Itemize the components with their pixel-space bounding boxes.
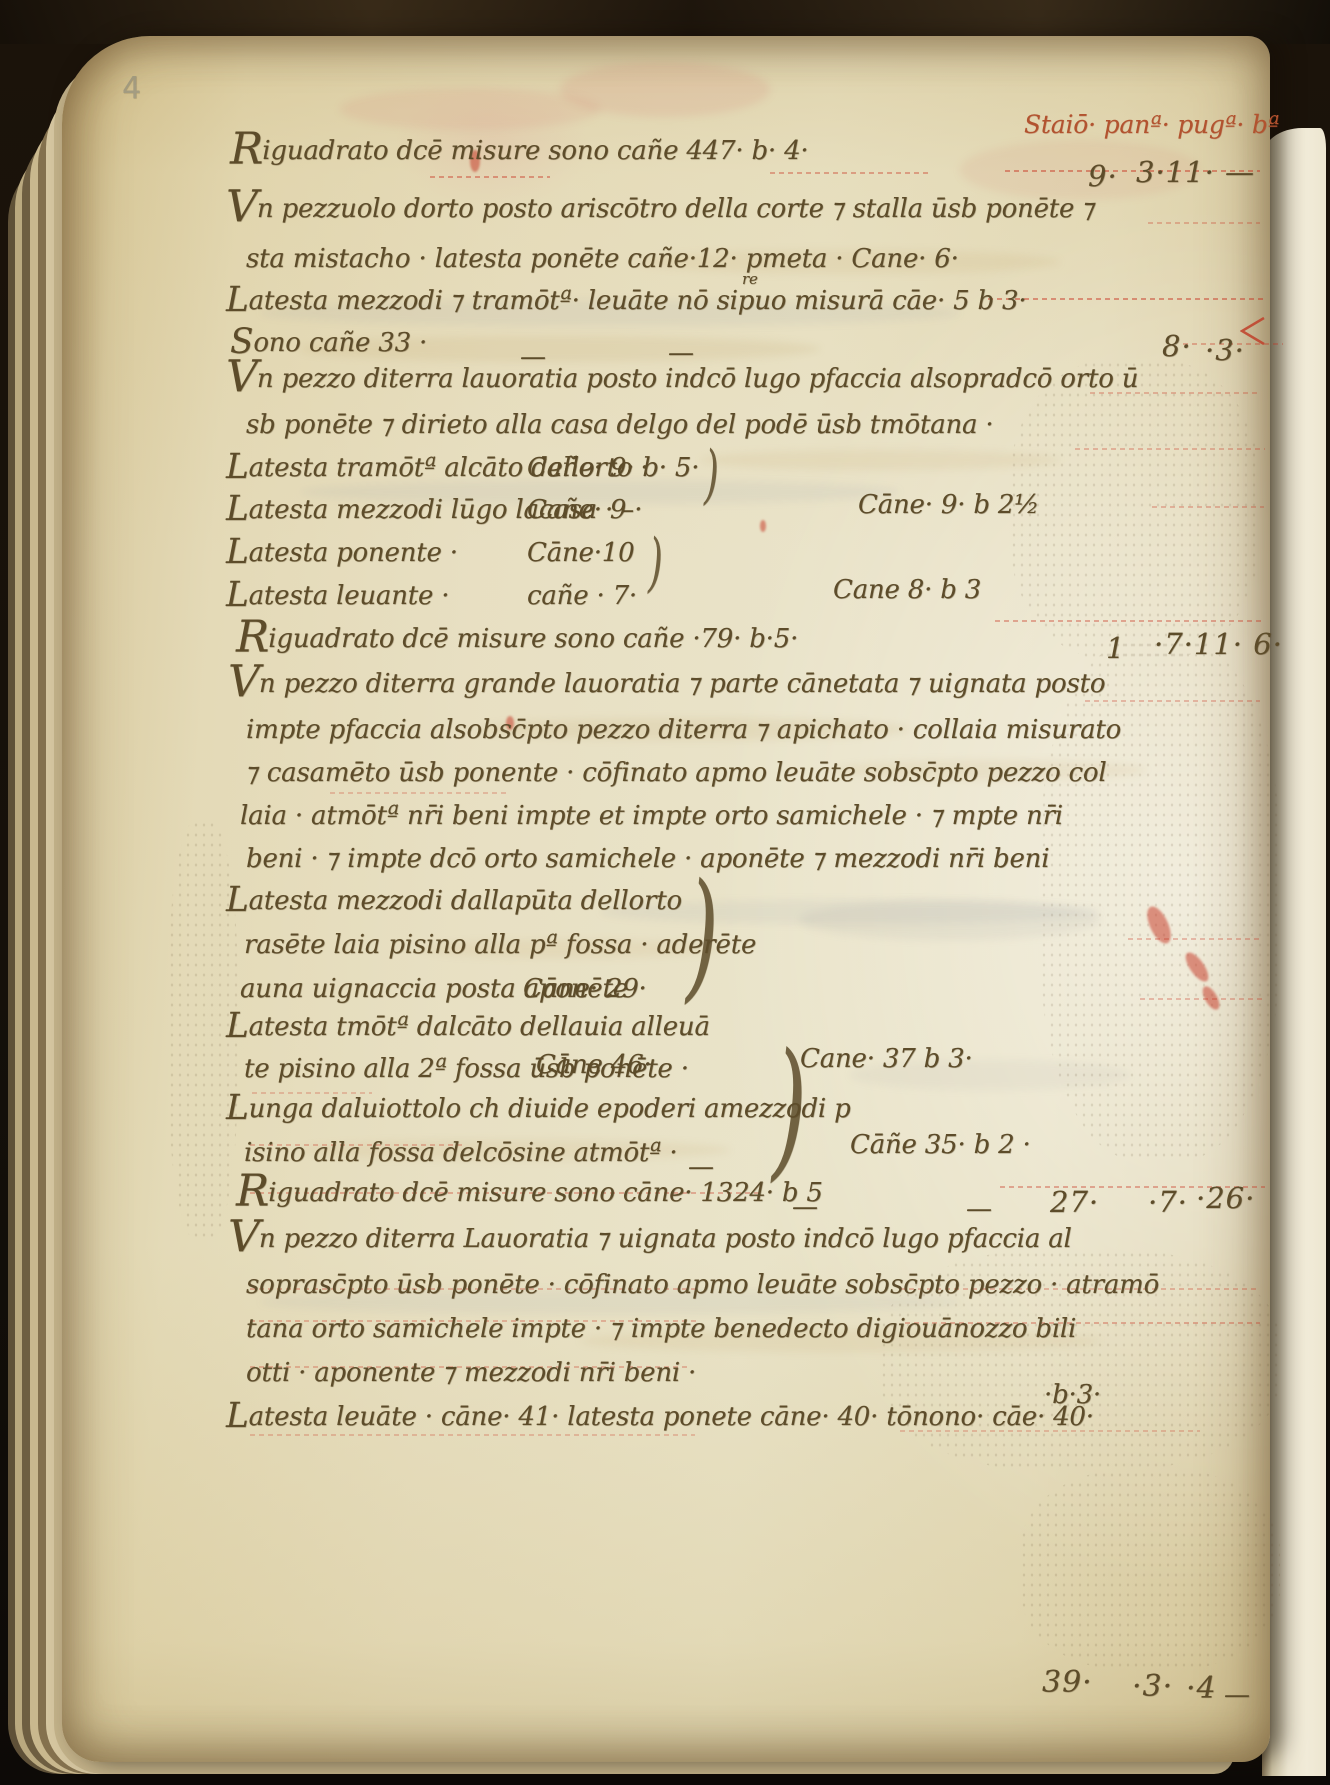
sum-bottom-1: 39· bbox=[1042, 1668, 1093, 1698]
folio-number-pencil: 4 bbox=[122, 74, 141, 104]
margin-values-3: ·7·11· 6· bbox=[1154, 630, 1283, 659]
initial-letter: L bbox=[226, 1006, 249, 1046]
initial-letter: R bbox=[236, 1165, 268, 1216]
line-testa-levante: Latesta leuante · bbox=[226, 583, 449, 609]
line-pezzo4-3: tana orto samichele impte · ⁊ impte bene… bbox=[246, 1316, 1076, 1342]
bleed-through-mark bbox=[340, 88, 600, 130]
line-pezzuolo-2: sta mistacho · latesta ponēte cañe·12· p… bbox=[246, 246, 959, 272]
initial-letter: R bbox=[236, 611, 268, 662]
line-pezzo3-4: laia · atmōtª nr̄i beni impte et impte o… bbox=[240, 803, 1063, 829]
value-cane-46: Cāne 46· bbox=[536, 1052, 652, 1078]
red-ink-smudge bbox=[760, 520, 766, 532]
value-cane-9-b2: Cāne· 9· b 2½ bbox=[858, 492, 1039, 518]
initial-letter: L bbox=[226, 880, 249, 920]
initial-letter: V bbox=[228, 656, 259, 707]
red-ruling-bleed bbox=[330, 792, 510, 794]
red-ruling-bleed bbox=[995, 620, 1265, 622]
line-pezzuolo-3: Latesta mezzodi ⁊ tramōtª· leuāte nō sip… bbox=[226, 288, 1026, 314]
line-riquadrato-2: Riguadrato dcē misure sono cañe ·79· b·5… bbox=[236, 626, 798, 652]
line-sono-cane-33: Sono cañe 33 · bbox=[230, 330, 427, 356]
sum-bottom-3: ·4 bbox=[1186, 1674, 1217, 1704]
red-ruling-bleed bbox=[1128, 938, 1263, 940]
line-pezzo3-3: ⁊ casamēto ūsb ponente · cōfinato apmo l… bbox=[246, 760, 1106, 786]
value-cane-29: Cāne· 29· bbox=[523, 976, 647, 1002]
margin-values-4a: ·7· bbox=[1148, 1188, 1188, 1217]
initial-letter: L bbox=[226, 575, 249, 615]
initial-letter: V bbox=[228, 1211, 259, 1262]
line-testa-tramontana-2: Latesta tmōtª dalcāto dellauia alleuā bbox=[226, 1014, 710, 1040]
margin-values-1: 3·11· — bbox=[1136, 158, 1255, 187]
initial-letter: L bbox=[226, 280, 249, 320]
sum-bottom-2: ·3· bbox=[1132, 1672, 1173, 1702]
red-ruling-bleed bbox=[1075, 448, 1265, 450]
line-isino: isino alla fossa delcōsine atmōtª · bbox=[244, 1140, 677, 1166]
initial-letter: V bbox=[226, 181, 257, 232]
initial-letter: L bbox=[226, 489, 249, 529]
line-pezzo4-2: soprasc̄pto ūsb ponēte · cōfinato apmo l… bbox=[246, 1272, 1159, 1298]
red-ruling-bleed bbox=[1140, 998, 1265, 1000]
value-cane-9: Cañe· 9 · bbox=[527, 497, 642, 523]
initial-letter: R bbox=[230, 123, 262, 174]
red-ruling-bleed bbox=[770, 172, 930, 174]
red-ruling-bleed bbox=[988, 298, 1266, 300]
margin-staia-3: 1 bbox=[1106, 634, 1125, 663]
brace-1: ) bbox=[704, 448, 719, 502]
superscript-re: re bbox=[742, 272, 758, 287]
brace-3: ) bbox=[686, 876, 719, 995]
red-ruling-bleed bbox=[1085, 700, 1260, 702]
value-cane-37-b3: Cane· 37 b 3· bbox=[800, 1046, 973, 1072]
initial-letter: L bbox=[226, 532, 249, 572]
speckle-patch bbox=[1010, 360, 1260, 660]
bleed-through-mark bbox=[700, 450, 1060, 470]
margin-staia-4: 27· bbox=[1050, 1188, 1099, 1217]
initial-letter: V bbox=[226, 351, 257, 402]
value-cane-9-b5: Cañe· 9· b· 5· bbox=[527, 455, 699, 481]
margin-values-4b: ·26· bbox=[1196, 1184, 1255, 1213]
line-pezzo4-4: otti · aponente ⁊ mezzodi nr̄i beni · bbox=[246, 1360, 696, 1386]
initial-letter: L bbox=[226, 447, 249, 487]
margin-dash-3: — bbox=[966, 1196, 992, 1222]
line-testa-levante-2: Latesta leuāte · cāne· 41· latesta ponet… bbox=[226, 1404, 1094, 1430]
brace-2: ) bbox=[648, 536, 663, 590]
value-cane-35-b2: Cāñe 35· b 2 · bbox=[850, 1132, 1031, 1158]
line-riquadrato-3: Riguadrato dcē misure sono cāne· 1324· b… bbox=[236, 1180, 823, 1206]
dash-3: — bbox=[688, 1154, 714, 1180]
dash-4: — bbox=[792, 1194, 818, 1220]
line-riquadrato-1: Riguadrato dcē misure sono cañe 447· b· … bbox=[230, 138, 808, 164]
dash-2: — bbox=[668, 340, 694, 366]
line-testa-mezzodi-2: Latesta mezzodi dallapūta dellorto bbox=[226, 888, 682, 914]
line-pezzo3-2: impte pfaccia alsobsc̄pto pezzo diterra … bbox=[246, 717, 1121, 743]
red-ruling-bleed bbox=[1148, 222, 1260, 224]
margin-staia-1: 9· bbox=[1088, 162, 1118, 191]
line-pezzo4-1: Vn pezzo diterra Lauoratia ⁊ uignata pos… bbox=[228, 1226, 1072, 1252]
red-ruling-bleed bbox=[430, 176, 550, 178]
line-lunga: Lunga daluiottolo ch diuide epoderi amez… bbox=[226, 1096, 851, 1122]
initial-letter: L bbox=[226, 1396, 249, 1436]
line-pezzo2-1: Vn pezzo diterra lauoratia posto indcō l… bbox=[226, 366, 1138, 392]
initial-letter: L bbox=[226, 1088, 249, 1128]
line-pezzo3-1: Vn pezzo diterra grande lauoratia ⁊ part… bbox=[228, 671, 1105, 697]
content-layer: 4Staiō· panª· pugª· bªRiguadrato dcē mis… bbox=[0, 0, 1330, 1785]
line-pezzo2-2: sb ponēte ⁊ dirieto alla casa delgo del … bbox=[246, 412, 993, 438]
speckle-patch bbox=[1020, 1470, 1280, 1670]
sum-bottom-dash: — bbox=[1224, 1682, 1250, 1708]
manuscript-photo-scene: 4Staiō· panª· pugª· bªRiguadrato dcē mis… bbox=[0, 0, 1330, 1785]
value-cane-8-b3: Cane 8· b 3 bbox=[833, 577, 981, 603]
line-pezzo3-5: beni · ⁊ impte dcō orto samichele · apon… bbox=[246, 846, 1049, 872]
line-pezzuolo-1: Vn pezzuolo dorto posto ariscōtro della … bbox=[226, 196, 1095, 222]
margin-staia-2: 8· bbox=[1162, 332, 1192, 361]
red-ruling-bleed bbox=[1152, 506, 1264, 508]
red-ruling-bleed bbox=[250, 1434, 695, 1436]
margin-values-2: ·3· bbox=[1205, 336, 1245, 365]
value-cane-10: Cāne·10 bbox=[527, 540, 634, 566]
value-cane-7: cañe · 7· bbox=[527, 583, 637, 609]
line-rasente: rasēte laia pisino alla pª fossa · aderē… bbox=[244, 932, 756, 958]
rubric-column-header: Staiō· panª· pugª· bª bbox=[1024, 112, 1279, 137]
line-testa-ponente: Latesta ponente · bbox=[226, 540, 458, 566]
